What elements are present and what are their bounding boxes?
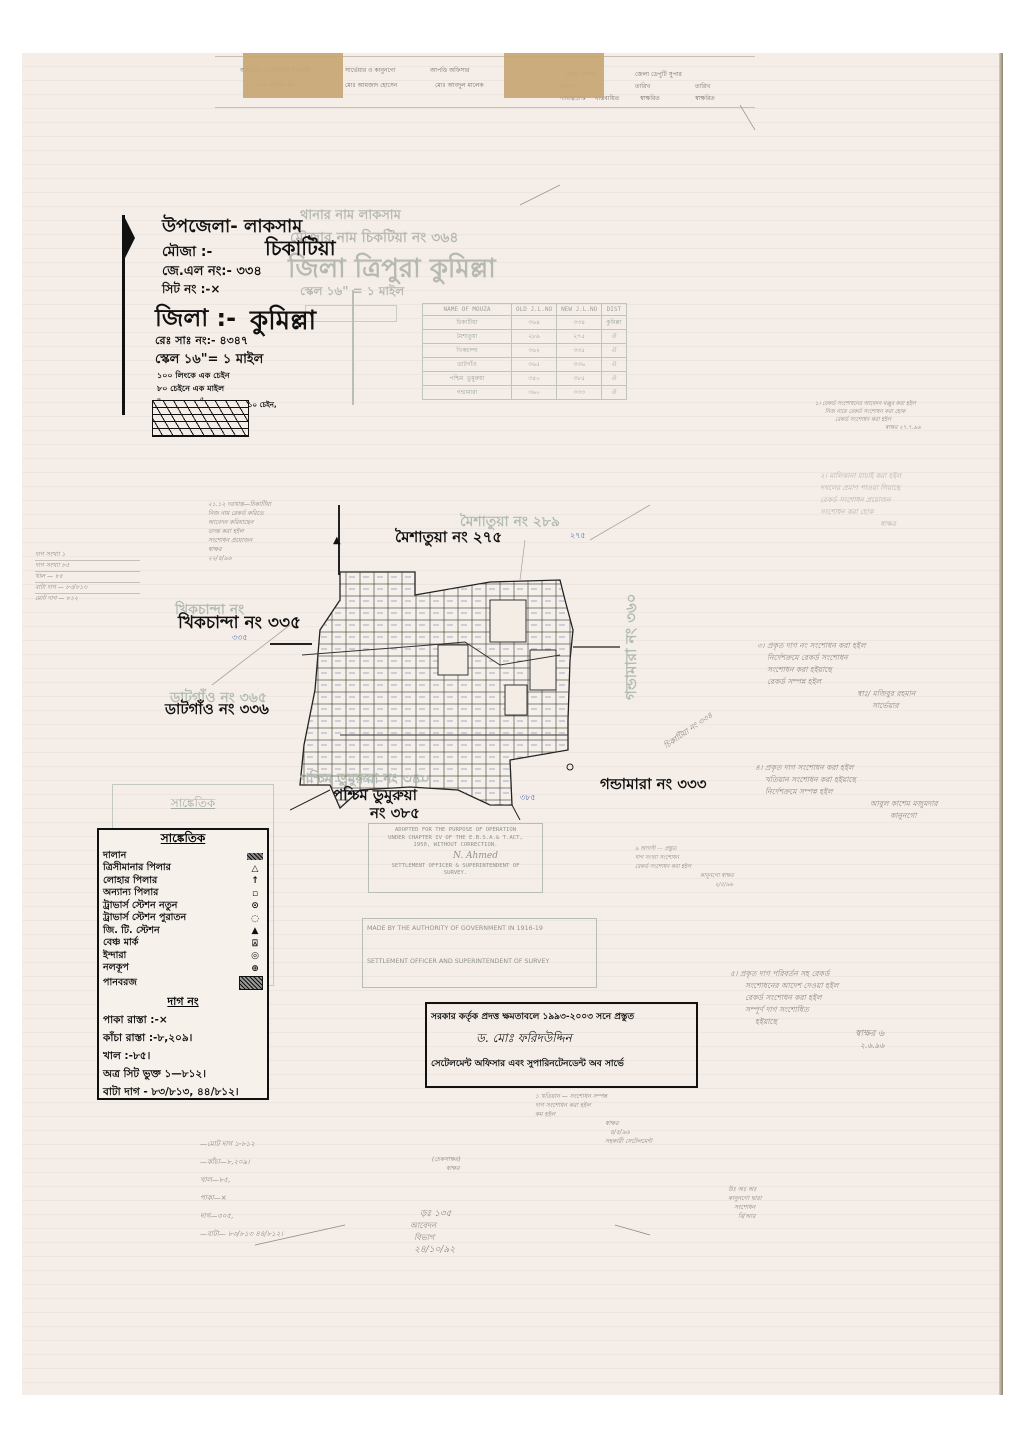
pencil-strokes [0, 0, 1024, 1449]
